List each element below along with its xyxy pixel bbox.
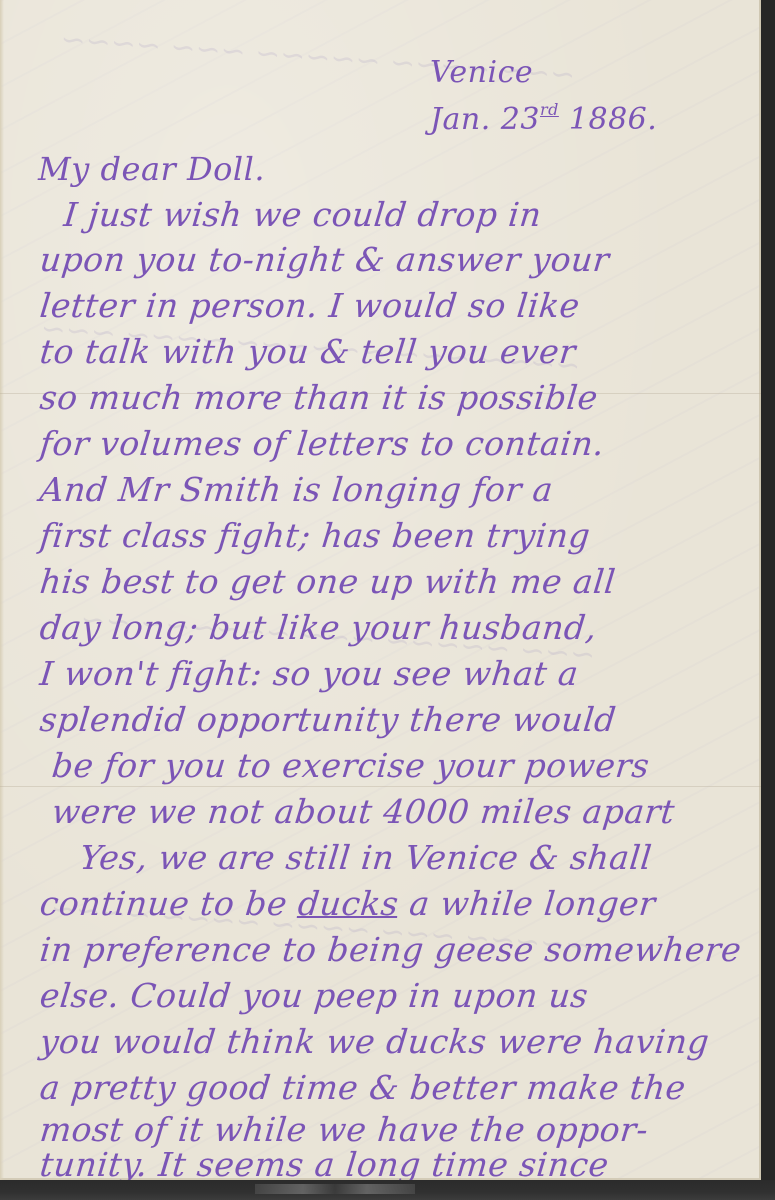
binding-clip xyxy=(255,1184,415,1194)
letter-line-text: a while longer xyxy=(397,884,658,923)
letter-line: I won't fight: so you see what a xyxy=(38,654,580,693)
letter-line: letter in person. I would so like xyxy=(38,286,582,325)
letter-salutation: My dear Doll. xyxy=(38,150,265,188)
scan-background-strip xyxy=(0,1180,775,1200)
letter-line: continue to be ducks a while longer xyxy=(38,884,658,923)
letter-line-text: continue to be xyxy=(38,884,300,923)
letter-line: a pretty good time & better make the xyxy=(38,1068,688,1107)
letter-page: ~~~ ~~~~ ~~~~~ ~~~ ~~~~ ~~~~ ~~~ ~~~~~~ … xyxy=(0,0,761,1180)
date-year: 1886. xyxy=(569,102,657,137)
letter-line: day long; but like your husband, xyxy=(38,608,599,647)
letter-place: Venice xyxy=(430,55,533,90)
letter-date: Jan. 23rd 1886. xyxy=(430,100,657,137)
paper-left-edge xyxy=(0,0,4,1180)
letter-scan: ~~~ ~~~~ ~~~~~ ~~~ ~~~~ ~~~~ ~~~ ~~~~~~ … xyxy=(0,0,775,1200)
letter-line: you would think we ducks were having xyxy=(38,1022,711,1061)
date-day: Jan. 23 xyxy=(430,102,540,137)
letter-line: were we not about 4000 miles apart xyxy=(50,792,677,831)
letter-line: most of it while we have the oppor- xyxy=(38,1110,650,1149)
letter-line: I just wish we could drop in xyxy=(62,195,544,234)
letter-line: Yes, we are still in Venice & shall xyxy=(78,838,654,877)
fold-crease xyxy=(0,786,761,787)
letter-line: tunity. It seems a long time since xyxy=(38,1145,611,1184)
letter-line: else. Could you peep in upon us xyxy=(38,976,590,1015)
letter-line: splendid opportunity there would xyxy=(38,700,618,739)
letter-line: in preference to being geese somewhere xyxy=(38,930,743,969)
letter-line: And Mr Smith is longing for a xyxy=(38,470,555,509)
letter-line: first class fight; has been trying xyxy=(38,516,592,555)
underlined-word: ducks xyxy=(296,884,400,923)
date-ordinal: rd xyxy=(540,100,559,119)
letter-line: so much more than it is possible xyxy=(38,378,600,417)
letter-line: to talk with you & tell you ever xyxy=(38,332,578,371)
letter-line: be for you to exercise your powers xyxy=(50,746,651,785)
letter-line: his best to get one up with me all xyxy=(38,562,618,601)
letter-line: upon you to-night & answer your xyxy=(38,240,611,279)
letter-line: for volumes of letters to contain. xyxy=(38,424,606,463)
